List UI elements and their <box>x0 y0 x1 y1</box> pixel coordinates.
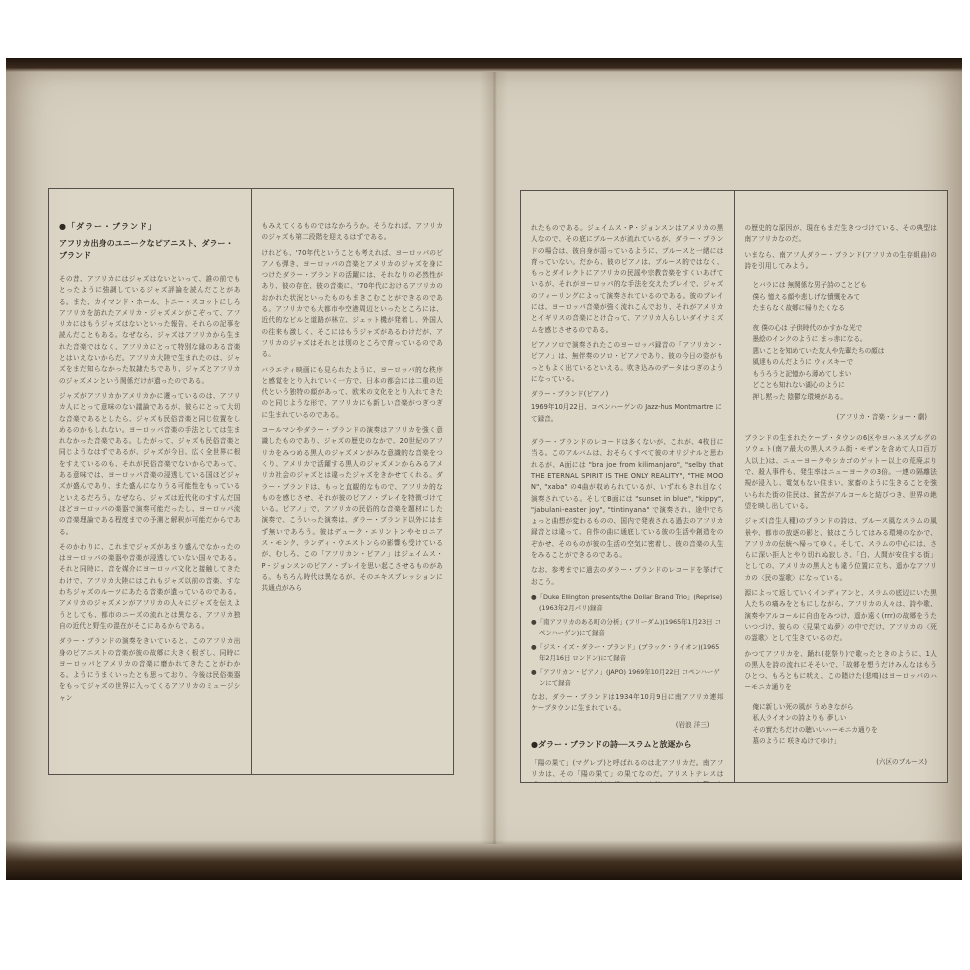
poem-line: もうろうと記憶から薄めてしまい <box>753 369 938 381</box>
poem-line: 風達ものんだように ウィスキーで <box>753 357 938 369</box>
poem-line: その實たちだけの聴いいハーモニカ通りを <box>753 725 938 737</box>
article-kicker: ●「ダラー・ブランド」 <box>59 221 241 232</box>
text-paragraph: ●「南アフリカのある町の分析」(フリーダム)(1965年1月23日 コペンハーゲ… <box>531 617 724 639</box>
poem-line: 私人ライオンの詩よりも 夢しい <box>753 713 938 725</box>
spacer <box>531 427 724 437</box>
text-paragraph: 源によって返していくインディアンと、スラムの底辺にいた黒人たちの痛みをともにしな… <box>745 588 938 644</box>
text-paragraph: ●「ジス・イズ・ダラー・ブランド」(ブラック・ライオン)(1965年2月16日 … <box>531 642 724 664</box>
poem-line: 僕ら 憶える顔や悲しげな憤慨をみて <box>753 292 938 304</box>
text-paragraph: コールマンやダラー・ブランドの演奏はアフリカを強く意識したものであり、ジャズの歴… <box>262 425 444 594</box>
text-paragraph: バラエティ映画にも見られたように、ヨーロッパ的な秩序と感覚をとり入れていく一方で… <box>262 365 444 421</box>
poem-line: 悪いことを知めていた友人や先輩たちの顔は <box>753 346 938 358</box>
text-paragraph: ●「Duke Ellington presents/the Dollar Bra… <box>531 592 724 614</box>
birth-note: なお、ダラー・ブランドは1934年10月9日に南アフリカ連邦ケープタウンに生まれ… <box>531 692 724 715</box>
discography-list: ●「Duke Ellington presents/the Dollar Bra… <box>531 592 724 689</box>
text-paragraph: ピアノソロで演奏されたこのヨーロッパ録音の「アフリカン・ピアノ」は、無伴奏のソロ… <box>531 340 724 385</box>
right-col2-top-paragraphs: の歴史的な原因が、現在もまだ生きつづけている、その典型は南アフリカなのだ。いまな… <box>745 223 938 272</box>
text-paragraph: れたものである。ジェイムス・P・ジョンスンはアメリカの黒人なので、その底にブルー… <box>531 223 724 336</box>
text-paragraph: ダラー・ブランドのレコードは多くないが、これが、4枚目に当る。このアルバムは、お… <box>531 437 724 561</box>
text-paragraph: そのかわりに、これまでジャズがあまり盛んでなかったのはヨーロッパの楽器や音楽が浸… <box>59 542 241 632</box>
photo-of-liner-notes: ●「ダラー・ブランド」 アフリカ出身のユニークなピアニスト、ダラー・ブランド そ… <box>0 0 970 970</box>
right-col1-top-paragraphs: れたものである。ジェイムス・P・ジョンスンはアメリカの黒人なので、その底にブルー… <box>531 223 724 385</box>
essay2-heading: ●ダラー・ブランドの詩──スラムと放逐から <box>531 739 724 750</box>
text-paragraph: ブランドの生まれたケープ・タウンの6区やヨハネスブルグのソウェト(南ア最大の黒人… <box>745 433 938 512</box>
text-paragraph: ジャズがアフリカかアメリカかに遷っているのは、アフリカ人にとって意味のない議論で… <box>59 391 241 538</box>
right-page-column-2: の歴史的な原因が、現在もまだ生きつづけている、その典型は南アフリカなのだ。いまな… <box>734 191 948 782</box>
article-title: アフリカ出身のユニークなピアニスト、ダラー・ブランド <box>59 238 241 262</box>
right-col2-body-paragraphs: ブランドの生まれたケープ・タウンの6区やヨハネスブルグのソウェト(南ア最大の黒人… <box>745 433 938 694</box>
text-paragraph: かつてアフリカを、踊れ(花祭り)で歌ったときのように、1人の黒人を詩の流れにそそ… <box>745 649 938 694</box>
poem-line: どことも知れない湖心のように <box>753 380 938 392</box>
left-page-column-2: もみえてくるものではなかろうか。そうなれば、アフリカのジャズも第二段階を迎えるは… <box>251 189 454 774</box>
essay2-paragraphs: 「陽の果て」(マグレブ)と呼ばれるのは北アフリカだ。南アフリカは、その「陽の果て… <box>531 758 724 783</box>
text-paragraph: ダラー・ブランドの演奏をきいていると、このアフリカ出身のピアニストの音楽が彼の故… <box>59 636 241 704</box>
poem-source-credit-2: (六区のブルース) <box>745 756 928 766</box>
text-paragraph: ジャズ(音生人種)のブランドの詩は、ブルース風なスラムの風景や、都市の放逐の影と… <box>745 516 938 584</box>
text-paragraph: の歴史的な原因が、現在もまだ生きつづけている、その典型は南アフリカなのだ。 <box>745 223 938 246</box>
left-page-column-1: ●「ダラー・ブランド」 アフリカ出身のユニークなピアニスト、ダラー・ブランド そ… <box>49 189 251 774</box>
poem-line: とバラには 無関係な男子詩のことども <box>753 280 938 292</box>
recording-detail-line: 1969年10月22日、コペンハーゲンの Jazz-hus Montmartre… <box>531 402 724 425</box>
poem-line: 墨絵のインクのように まっ赤になる。 <box>753 334 938 346</box>
text-paragraph: いまなら、南アフ人ダラー・ブランド(アフリカの生存組曲)の詩を引用してみよう。 <box>745 250 938 273</box>
recording-artist-line: ダラー・ブランド(ピアノ) <box>531 389 724 400</box>
poem-stanza-3: 俺に新しい死の風が うめきながら私人ライオンの詩よりも 夢しいその實たちだけの聴… <box>753 702 938 748</box>
left-col1-paragraphs: その昔、アフリカにはジャズはないといって、誰の前でもとったように強調しているジャ… <box>59 274 241 704</box>
photo-top-shadow <box>6 58 962 72</box>
text-paragraph: もみえてくるものではなかろうか。そうなれば、アフリカのジャズも第二段階を迎えるは… <box>262 221 444 244</box>
text-paragraph: けれども、'70年代ということも考えれば、ヨーロッパのピアノも弾き、ヨーロッパの… <box>262 248 444 361</box>
poem-line: 墓のように 咲きぬけてゆけ」 <box>753 736 938 748</box>
poem-line: 夜 僕の心は 子供時代のかすかな光で <box>753 323 938 335</box>
poem-line: 押し黙った 陰鬱な環境がある。 <box>753 392 938 404</box>
left-page-text-box: ●「ダラー・ブランド」 アフリカ出身のユニークなピアニスト、ダラー・ブランド そ… <box>48 188 454 775</box>
text-paragraph: ●「アフリカン・ピアノ」(JAPO) 1969年10月22日 コペンハーゲンにて… <box>531 667 724 689</box>
right-page-text-box: れたものである。ジェイムス・P・ジョンスンはアメリカの黒人なので、その底にブルー… <box>520 190 948 783</box>
text-paragraph: その昔、アフリカにはジャズはないといって、誰の前でもとったように強調しているジャ… <box>59 274 241 387</box>
poem-line: 俺に新しい死の風が うめきながら <box>753 702 938 714</box>
text-paragraph: なお、参考までに過去のダラー・ブランドのレコードを挙げておこう。 <box>531 565 724 588</box>
center-fold-crease <box>480 72 508 844</box>
poem-stanza-1: とバラには 無関係な男子詩のことども僕ら 憶える顔や悲しげな憤慨をみてたまらなく… <box>753 280 938 315</box>
text-paragraph: 「陽の果て」(マグレブ)と呼ばれるのは北アフリカだ。南アフリカは、その「陽の果て… <box>531 758 724 783</box>
photo-bottom-shadow <box>6 840 962 880</box>
writer-credit: (岩浪 洋三) <box>531 719 710 729</box>
poem-stanza-2: 夜 僕の心は 子供時代のかすかな光で墨絵のインクのように まっ赤になる。悪いこと… <box>753 323 938 404</box>
album-paragraphs: ダラー・ブランドのレコードは多くないが、これが、4枚目に当る。このアルバムは、お… <box>531 437 724 588</box>
left-col2-paragraphs: もみえてくるものではなかろうか。そうなれば、アフリカのジャズも第二段階を迎えるは… <box>262 221 444 595</box>
poem-source-credit: (アフリカ・音楽・ショー・劇) <box>745 411 928 421</box>
paper-insert: ●「ダラー・ブランド」 アフリカ出身のユニークなピアニスト、ダラー・ブランド そ… <box>6 58 962 880</box>
right-page-column-1: れたものである。ジェイムス・P・ジョンスンはアメリカの黒人なので、その底にブルー… <box>521 191 734 782</box>
poem-line: たまらなく故郷に帰りたくなる <box>753 303 938 315</box>
